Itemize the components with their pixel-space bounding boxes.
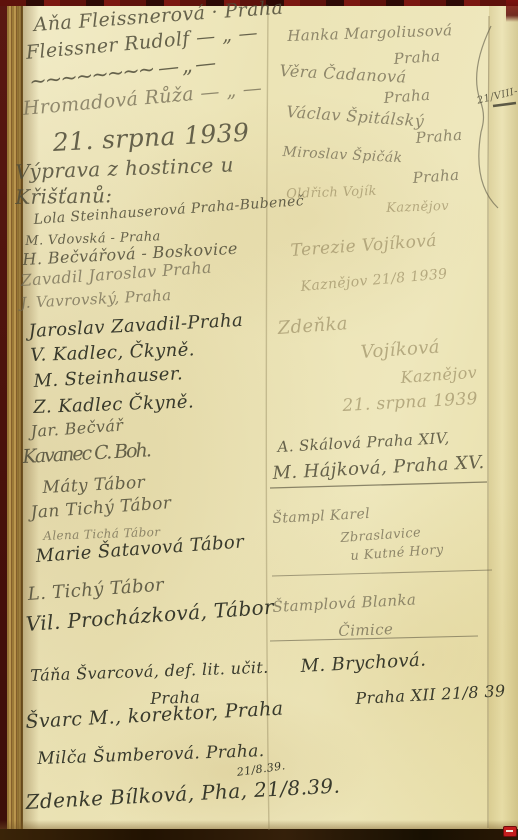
signature-entry: M. Steinhauser. [33, 363, 184, 392]
signature-entry: Z. Kadlec Čkyně. [33, 391, 194, 418]
signature-entry: Zdenke Bílková, Pha, 21/8.39. [25, 774, 341, 814]
signature-entry: Praha [383, 86, 431, 107]
guestbook-page: Aňa Fleissnerová · PrahaFleissner Rudolf… [0, 0, 518, 840]
signature-entry: Jaroslav Zavadil-Praha [28, 310, 244, 342]
facing-page-edge [489, 6, 518, 829]
signature-entry: Miroslav Špičák [282, 144, 403, 166]
signature-entry: Jar. Bečvář [30, 416, 124, 441]
date-heading: 21. srpna 1939 [52, 118, 250, 157]
signature-entry: Milča Šumberová. Praha. [37, 741, 265, 769]
signature-entry: Václav Špitálský [286, 102, 425, 131]
signature-entry: Jan Tichý Tábor [30, 493, 172, 523]
signature-entry: Táňa Švarcová, def. lit. učit. [30, 658, 269, 685]
signature-entry: Hanka Margoliusová [287, 21, 453, 45]
signature-entry: Terezie Vojíková [290, 231, 438, 261]
signature-entry: Štampl Karel [272, 506, 371, 527]
signature-entry: Oldřich Vojík [286, 184, 377, 202]
red-marker-icon [503, 826, 517, 837]
signature-entry: Zdeňka [277, 313, 349, 339]
signature-entry: Štamplová Blanka [272, 590, 417, 616]
signature-entry: J. Vavrovský, Praha [20, 286, 172, 312]
page-bottom-shadow [0, 820, 518, 829]
signature-entry: Věra Čadanová [279, 61, 407, 87]
illegible-signature: Kavanec C. Boh. [22, 439, 150, 468]
signature-entry: Máty Tábor [42, 473, 146, 498]
signature-entry: Kaznějov [400, 363, 478, 387]
signature-entry: 21. srpna 1939 [342, 389, 478, 416]
signature-entry: A. Skálová Praha XIV, [277, 429, 450, 456]
signature-entry: Praha [415, 126, 463, 147]
signature-entry: Praha [412, 166, 460, 187]
signature-entry: V. Kadlec, Čkyně. [30, 339, 195, 366]
signature-entry: Zbraslavice [340, 525, 422, 546]
signature-entry: M. Brychová. [300, 649, 427, 677]
underline-rule-1 [270, 482, 487, 488]
cover-corner [506, 0, 518, 22]
page-block-edge [7, 0, 23, 840]
red-marker-glyph [506, 830, 513, 832]
signature-entry: u Kutné Hory [350, 542, 444, 563]
signature-entry: M. Hájková, Praha XV. [272, 452, 485, 484]
book-cover-edge [0, 0, 7, 840]
signature-entry: Praha XII 21/8 39 [355, 681, 506, 708]
signature-entry: Vojíková [360, 336, 441, 362]
signature-entry: L. Tichý Tábor [27, 574, 165, 604]
signature-entry: Praha [393, 47, 441, 68]
signature-entry: Čimice [338, 620, 394, 640]
signature-entry: Kaznějov [386, 199, 449, 216]
underline-rule-2 [272, 570, 492, 576]
book-bottom-edge [0, 829, 518, 840]
caption-line: Křišťanů: [15, 183, 113, 209]
signature-entry: Kaznějov 21/8 1939 [300, 266, 448, 295]
caption-line: Výprava z hostince u [15, 152, 234, 184]
